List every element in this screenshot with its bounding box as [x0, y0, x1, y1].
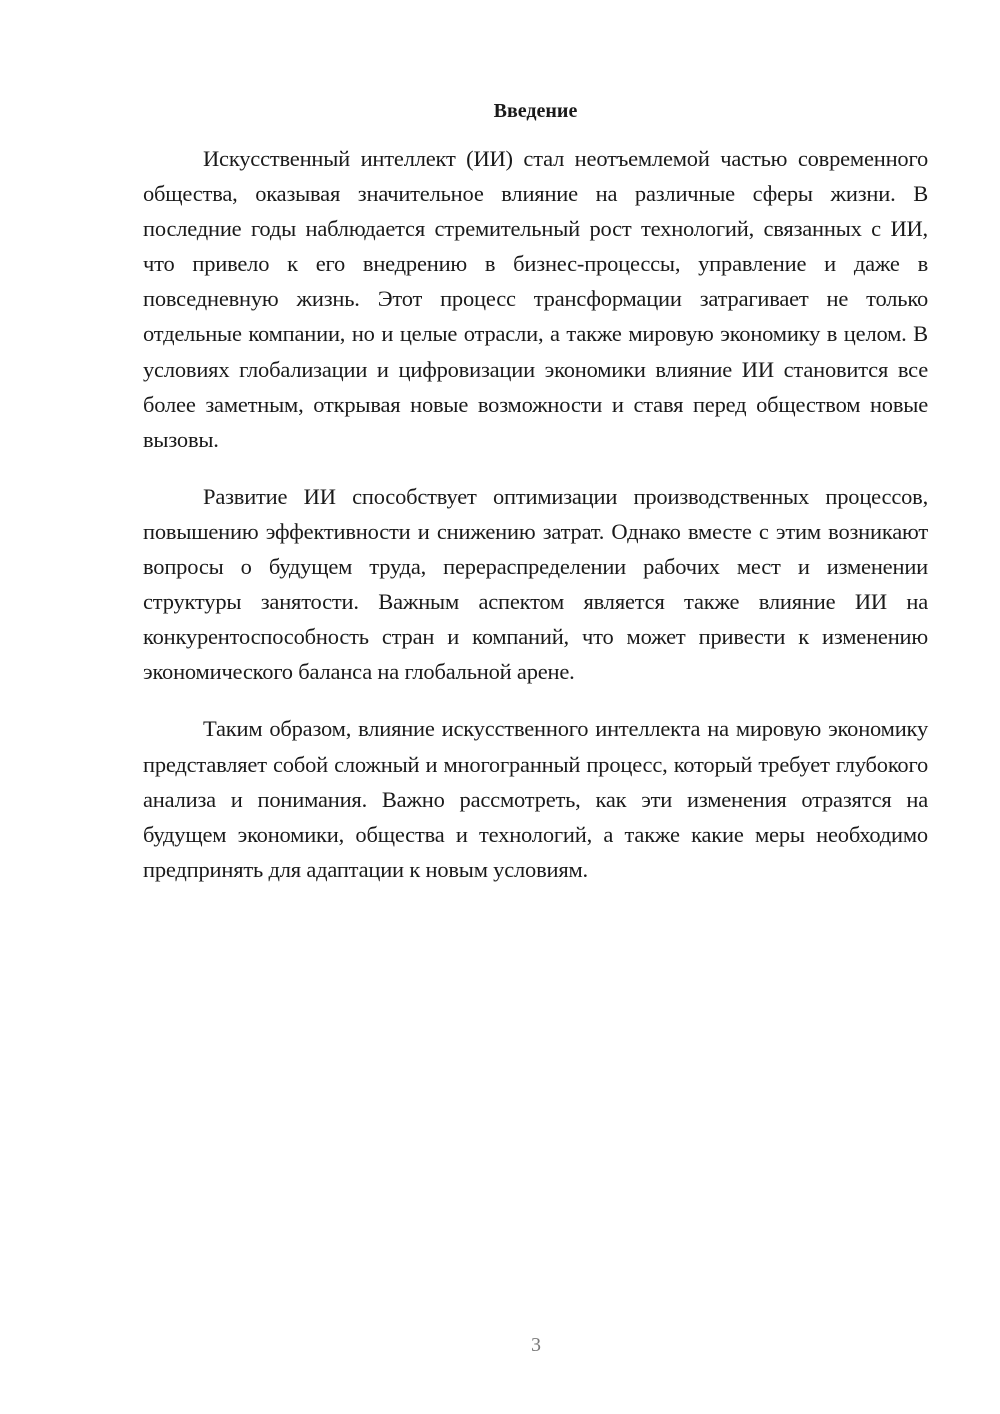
paragraph-conclusion: Таким образом, влияние искусственного ин…	[143, 711, 928, 886]
paragraph-development: Развитие ИИ способствует оптимизации про…	[143, 479, 928, 690]
page-number: 3	[0, 1334, 1000, 1357]
document-page: Введение Искусственный интеллект (ИИ) ст…	[143, 95, 928, 909]
section-title: Введение	[143, 95, 928, 127]
paragraph-intro: Искусственный интеллект (ИИ) стал неотъе…	[143, 141, 928, 457]
